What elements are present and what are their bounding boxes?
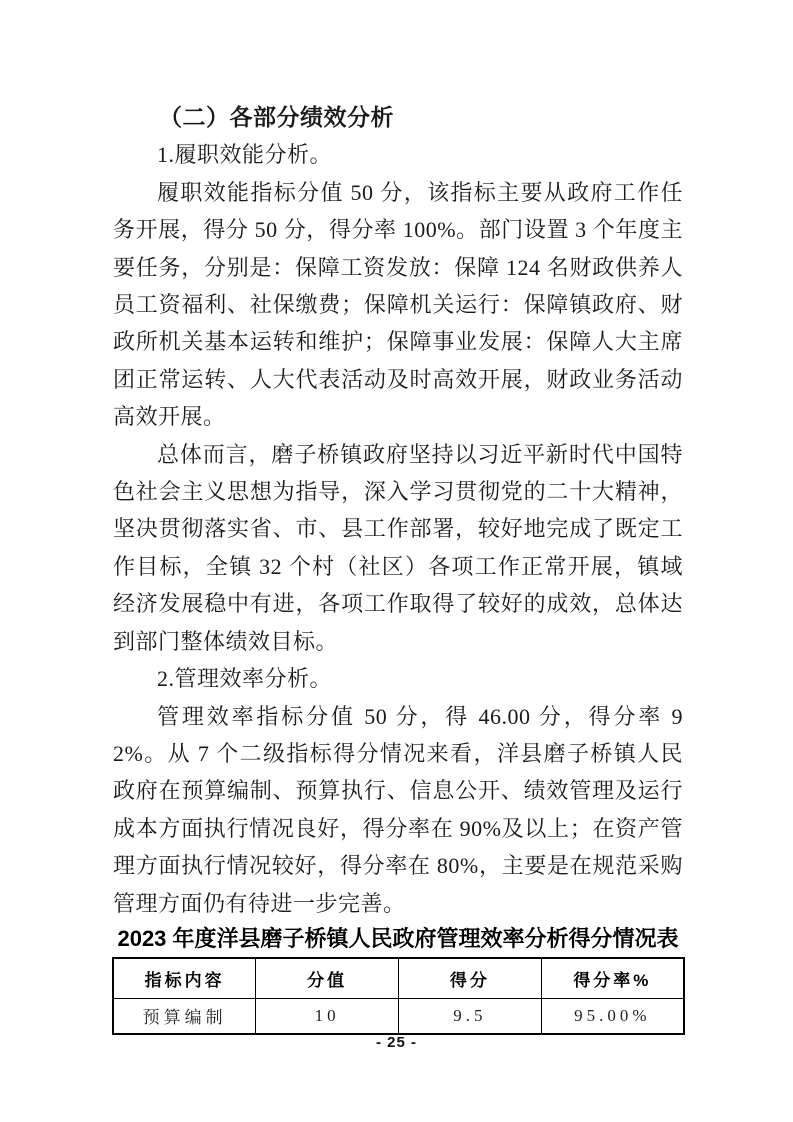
table-header-score: 得分 [399, 958, 542, 999]
table-cell-indicator: 预算编制 [113, 998, 256, 1034]
paragraph-duty-performance: 履职效能指标分值 50 分，该指标主要从政府工作任务开展，得分 50 分，得分率… [113, 174, 683, 436]
table-cell-score: 9.5 [399, 998, 542, 1034]
subsection-2-title: 2.管理效率分析。 [113, 660, 683, 697]
table-title: 2023 年度洋县磨子桥镇人民政府管理效率分析得分情况表 [113, 922, 683, 955]
score-table: 指标内容 分值 得分 得分率% 预算编制 10 9.5 95.00% [112, 957, 685, 1035]
paragraph-management-efficiency: 管理效率指标分值 50 分，得 46.00 分，得分率 92%。从 7 个二级指… [113, 698, 683, 922]
document-content: （二）各部分绩效分析 1.履职效能分析。 履职效能指标分值 50 分，该指标主要… [113, 99, 683, 1035]
table-cell-score-rate: 95.00% [541, 998, 684, 1034]
document-page: （二）各部分绩效分析 1.履职效能分析。 履职效能指标分值 50 分，该指标主要… [0, 0, 793, 1122]
table-header-score-rate: 得分率% [541, 958, 684, 999]
section-heading: （二）各部分绩效分析 [113, 99, 683, 136]
table-header-row: 指标内容 分值 得分 得分率% [113, 958, 684, 999]
subsection-1-title: 1.履职效能分析。 [113, 136, 683, 173]
page-number: - 25 - [0, 1034, 793, 1051]
table-cell-score-value: 10 [256, 998, 399, 1034]
table-header-score-value: 分值 [256, 958, 399, 999]
table-row: 预算编制 10 9.5 95.00% [113, 998, 684, 1034]
paragraph-overall-summary: 总体而言，磨子桥镇政府坚持以习近平新时代中国特色社会主义思想为指导，深入学习贯彻… [113, 436, 683, 660]
table-header-indicator: 指标内容 [113, 958, 256, 999]
